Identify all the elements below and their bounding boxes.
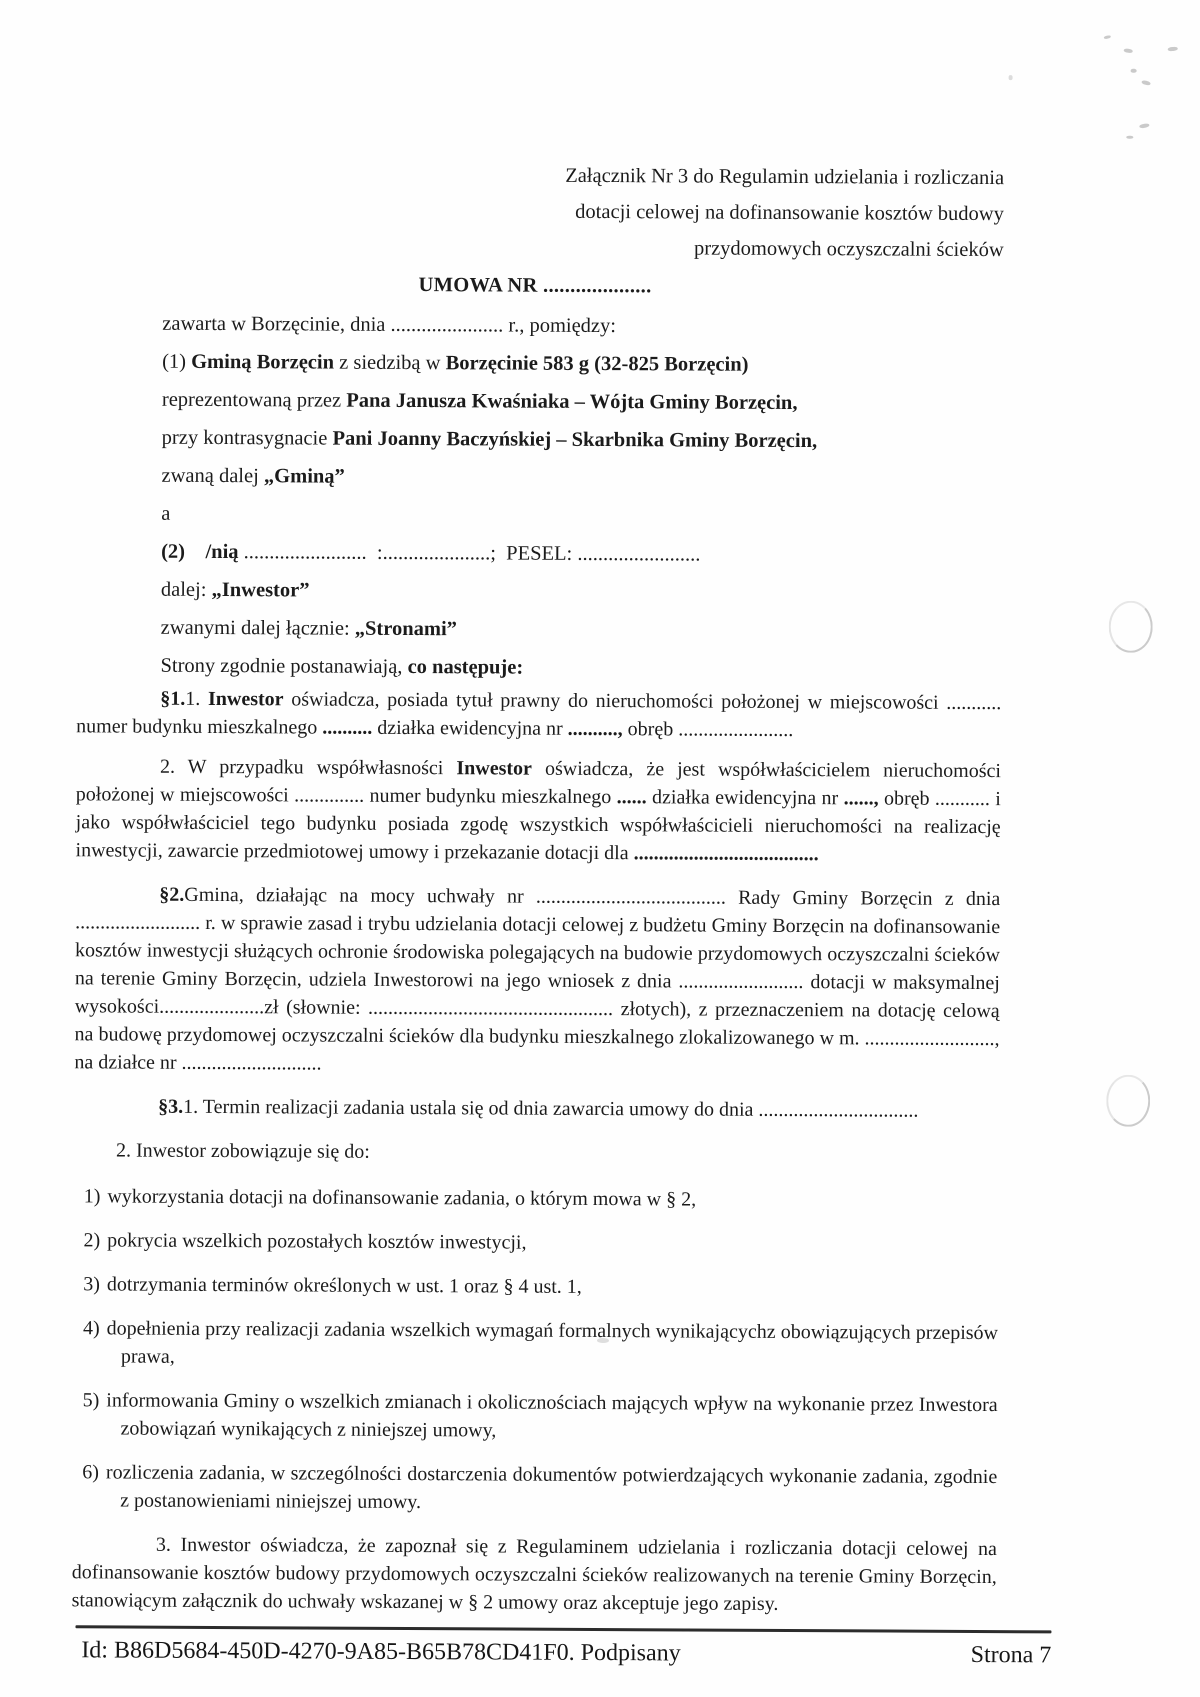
attachment-note-line: przydomowych oczyszczalni ścieków <box>79 227 1004 268</box>
scan-speck <box>1104 35 1111 39</box>
attachment-note-line: dotacji celowej na dofinansowanie kosztó… <box>79 191 1004 232</box>
text-segment: §2. <box>159 884 184 906</box>
section-2-paragraph: §2.Gmina, działając na mocy uchwały nr .… <box>74 880 1000 1081</box>
text-segment: 1. Termin realizacji zadania ustala się … <box>183 1096 918 1122</box>
party-2-alias-line: dalej: „Inwestor” <box>161 571 1002 613</box>
parties-joint-alias-line: zwanymi dalej łącznie: „Stronami” <box>161 609 1002 651</box>
scan-speck <box>1126 136 1133 139</box>
scan-artifact-ring <box>1109 601 1153 653</box>
obligation-item: 5)informowania Gminy o wszelkich zmianac… <box>82 1386 997 1447</box>
obligation-text: pokrycia wszelkich pozostałych kosztów i… <box>107 1229 526 1253</box>
text-segment: Pani Joanny Baczyńskiej – Skarbnika Gmin… <box>332 428 817 453</box>
text-segment: (1) <box>162 351 191 373</box>
scan-speck <box>1168 47 1178 52</box>
agreement-clause-line: Strony zgodnie postanawiają, co następuj… <box>160 647 1001 689</box>
text-segment: zwaną dalej <box>161 465 264 488</box>
obligation-number: 2) <box>83 1229 100 1251</box>
contract-title: UMOWA NR .................... <box>418 267 1003 306</box>
text-segment: 3. Inwestor oświadcza, że zapoznał się z… <box>72 1534 997 1615</box>
text-segment: z siedzibą w <box>334 352 446 375</box>
obligation-item: 4)dopełnienia przy realizacji zadania ws… <box>83 1314 998 1375</box>
party-1-alias-line: zwaną dalej „Gminą” <box>161 457 1002 499</box>
section-3-paragraph-2: 2. Inwestor zobowiązuje się do: <box>74 1136 999 1169</box>
text-segment: a <box>161 503 170 525</box>
obligation-number: 1) <box>84 1185 101 1207</box>
text-segment: ......, <box>844 787 879 809</box>
text-segment: Gminą Borzęcin <box>191 351 334 374</box>
text-segment: Borzęcinie 583 g (32-825 Borzęcin) <box>446 352 749 376</box>
text-segment: Gmina, działając na mocy uchwały nr ....… <box>74 884 1000 1075</box>
text-segment: obręb ....................... <box>623 718 794 741</box>
document-id: Id: B86D5684-450D-4270-9A85-B65B78CD41F0… <box>81 1637 680 1667</box>
document-content: Załącznik Nr 3 do Regulamin udzielania i… <box>71 155 1004 1633</box>
text-segment <box>185 541 206 563</box>
text-segment: ..................................... <box>634 842 819 865</box>
text-segment: (2) <box>161 541 185 563</box>
page-number: Strona 7 <box>971 1642 1052 1669</box>
text-segment: UMOWA NR .................... <box>418 274 651 297</box>
text-segment: 1. <box>185 688 208 710</box>
text-segment: .......... <box>322 717 372 739</box>
obligation-item: 3)dotrzymania terminów określonych w ust… <box>83 1270 998 1303</box>
obligation-text: wykorzystania dotacji na dofinansowanie … <box>107 1185 696 1210</box>
obligation-text: dopełnienia przy realizacji zadania wsze… <box>107 1317 998 1367</box>
obligation-text: informowania Gminy o wszelkich zmianach … <box>106 1389 997 1441</box>
text-segment: Inwestor <box>456 757 532 779</box>
scan-artifact-ring <box>1106 1075 1150 1127</box>
section-3-paragraph-3: 3. Inwestor oświadcza, że zapoznał się z… <box>72 1530 997 1619</box>
contract-intro: zawarta w Borzęcinie, dnia .............… <box>160 305 1003 689</box>
intro-date-line: zawarta w Borzęcinie, dnia .............… <box>162 305 1003 347</box>
section-3-paragraph-1: §3.1. Termin realizacji zadania ustala s… <box>74 1092 999 1125</box>
section-1-paragraph-1: §1.1. Inwestor oświadcza, posiada tytuł … <box>76 684 1001 745</box>
scan-smudge <box>597 1338 609 1343</box>
text-segment: działka ewidencyjna nr <box>647 786 844 809</box>
obligation-text: rozliczenia zadania, w szczególności dos… <box>106 1461 997 1513</box>
obligation-number: 4) <box>83 1317 100 1339</box>
obligation-number: 6) <box>82 1461 99 1483</box>
conjunction-line: a <box>161 495 1002 537</box>
obligation-item: 1)wykorzystania dotacji na dofinansowani… <box>84 1182 999 1215</box>
obligations-list: 1)wykorzystania dotacji na dofinansowani… <box>82 1182 999 1519</box>
text-segment: „Stronami” <box>355 618 457 641</box>
text-segment: ...... <box>617 786 647 808</box>
text-segment: Strony zgodnie postanawiają, <box>160 655 407 678</box>
attachment-note: Załącznik Nr 3 do Regulamin udzielania i… <box>79 155 1005 268</box>
obligation-number: 3) <box>83 1273 100 1295</box>
text-segment: dalej: <box>161 579 212 601</box>
text-segment: „Gminą” <box>264 465 345 487</box>
text-segment: Inwestor <box>208 688 284 710</box>
section-1-paragraph-2: 2. W przypadku współwłasności Inwestor o… <box>75 752 1001 869</box>
text-segment: reprezentowaną przez <box>162 389 346 412</box>
party-1-line: (1) Gminą Borzęcin z siedzibą w Borzęcin… <box>162 343 1003 385</box>
text-segment: co następuje: <box>408 656 524 679</box>
text-segment: ........................ :..............… <box>238 541 700 565</box>
scanned-sheet: Załącznik Nr 3 do Regulamin udzielania i… <box>0 0 1200 1697</box>
text-segment: zawarta w Borzęcinie, dnia .............… <box>162 313 616 337</box>
text-segment: „Inwestor” <box>212 579 310 602</box>
text-segment: 2. Inwestor zobowiązuje się do: <box>116 1139 370 1162</box>
obligation-item: 6)rozliczenia zadania, w szczególności d… <box>82 1458 997 1519</box>
party-1-countersign-line: przy kontrasygnacie Pani Joanny Baczyńsk… <box>162 419 1003 461</box>
scan-speck <box>1131 69 1137 73</box>
text-segment: §3. <box>158 1096 183 1118</box>
text-segment: działka ewidencyjna nr <box>372 717 568 740</box>
scan-speck <box>1139 123 1150 129</box>
page-footer: Id: B86D5684-450D-4270-9A85-B65B78CD41F0… <box>81 1637 1051 1669</box>
obligation-number: 5) <box>83 1389 100 1411</box>
text-segment: zwanymi dalej łącznie: <box>161 617 355 640</box>
text-segment: /nią <box>205 541 238 563</box>
scan-speck <box>1009 75 1013 80</box>
scan-speck <box>1123 48 1132 53</box>
text-segment: przy kontrasygnacie <box>162 427 333 450</box>
document-page: Załącznik Nr 3 do Regulamin udzielania i… <box>0 0 1200 1697</box>
obligation-item: 2)pokrycia wszelkich pozostałych kosztów… <box>83 1226 998 1259</box>
attachment-note-line: Załącznik Nr 3 do Regulamin udzielania i… <box>79 155 1004 196</box>
text-segment: 2. W przypadku współwłasności <box>160 756 457 780</box>
text-segment: §1. <box>160 688 185 710</box>
party-2-line: (2) /nią ........................ :.....… <box>161 533 1002 575</box>
party-1-representative-line: reprezentowaną przez Pana Janusza Kwaśni… <box>162 381 1003 423</box>
text-segment: .........., <box>568 718 623 740</box>
scan-speck <box>1141 80 1151 86</box>
obligation-text: dotrzymania terminów określonych w ust. … <box>107 1273 582 1297</box>
text-segment: Pana Janusza Kwaśniaka – Wójta Gminy Bor… <box>346 390 797 414</box>
